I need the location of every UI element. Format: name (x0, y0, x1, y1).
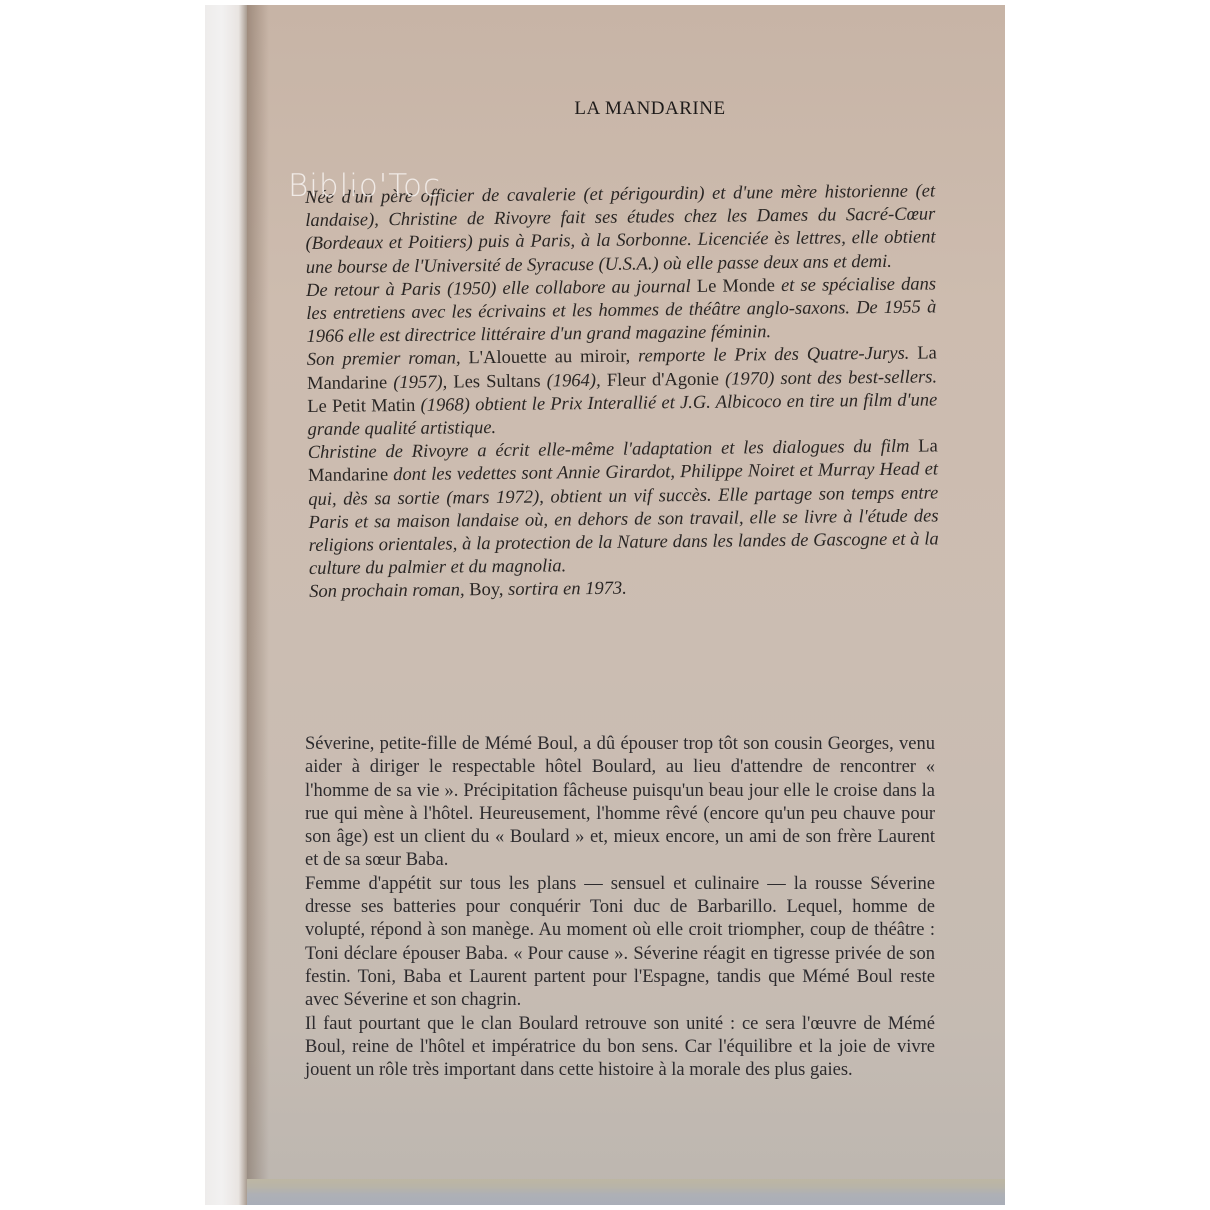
biography-text: (1970) sont des best-sellers. (719, 367, 937, 389)
biography-text: sortira en 1973. (503, 579, 627, 600)
summary-paragraph: Séverine, petite-fille de Mémé Boul, a d… (305, 733, 935, 873)
biography-text: Son prochain roman, (309, 581, 469, 603)
biography-text: remporte le Prix des Quatre-Jurys. (630, 344, 917, 367)
biography-text: (1964), (541, 370, 607, 391)
book-gutter (205, 5, 247, 1205)
page-bottom-edge (247, 1179, 1005, 1205)
work-title: Les Sultans (453, 371, 541, 392)
book-summary: Séverine, petite-fille de Mémé Boul, a d… (305, 733, 935, 1082)
work-title: L'Alouette au miroir, (468, 347, 630, 369)
gutter-shadow (247, 5, 269, 1205)
work-title: Le Petit Matin (307, 396, 415, 417)
biography-text: Son premier roman, (307, 349, 469, 371)
biography-paragraph: Christine de Rivoyre a écrit elle-même l… (308, 436, 939, 582)
page-title: LA MANDARINE (205, 98, 1005, 120)
summary-paragraph: Femme d'appétit sur tous les plans — sen… (305, 873, 935, 1013)
biography-text: dont les vedettes sont Annie Girardot, P… (308, 460, 939, 579)
author-biography: Née d'un père officier de cavalerie (et … (305, 180, 939, 604)
biography-text: Christine de Rivoyre a écrit elle-même l… (308, 437, 919, 463)
work-title: Fleur d'Agonie (607, 369, 719, 390)
biography-text: De retour à Paris (1950) elle collabore … (306, 277, 697, 301)
watermark-logo: Biblio'Toc (288, 168, 441, 204)
work-title: Le Monde (697, 276, 775, 297)
biography-text: (1957), (387, 372, 453, 393)
work-title: Boy, (469, 580, 503, 600)
biography-paragraph: De retour à Paris (1950) elle collabore … (306, 273, 937, 349)
biography-paragraph: Son premier roman, L'Alouette au miroir,… (307, 343, 938, 442)
summary-paragraph: Il faut pourtant que le clan Boulard ret… (305, 1013, 935, 1083)
